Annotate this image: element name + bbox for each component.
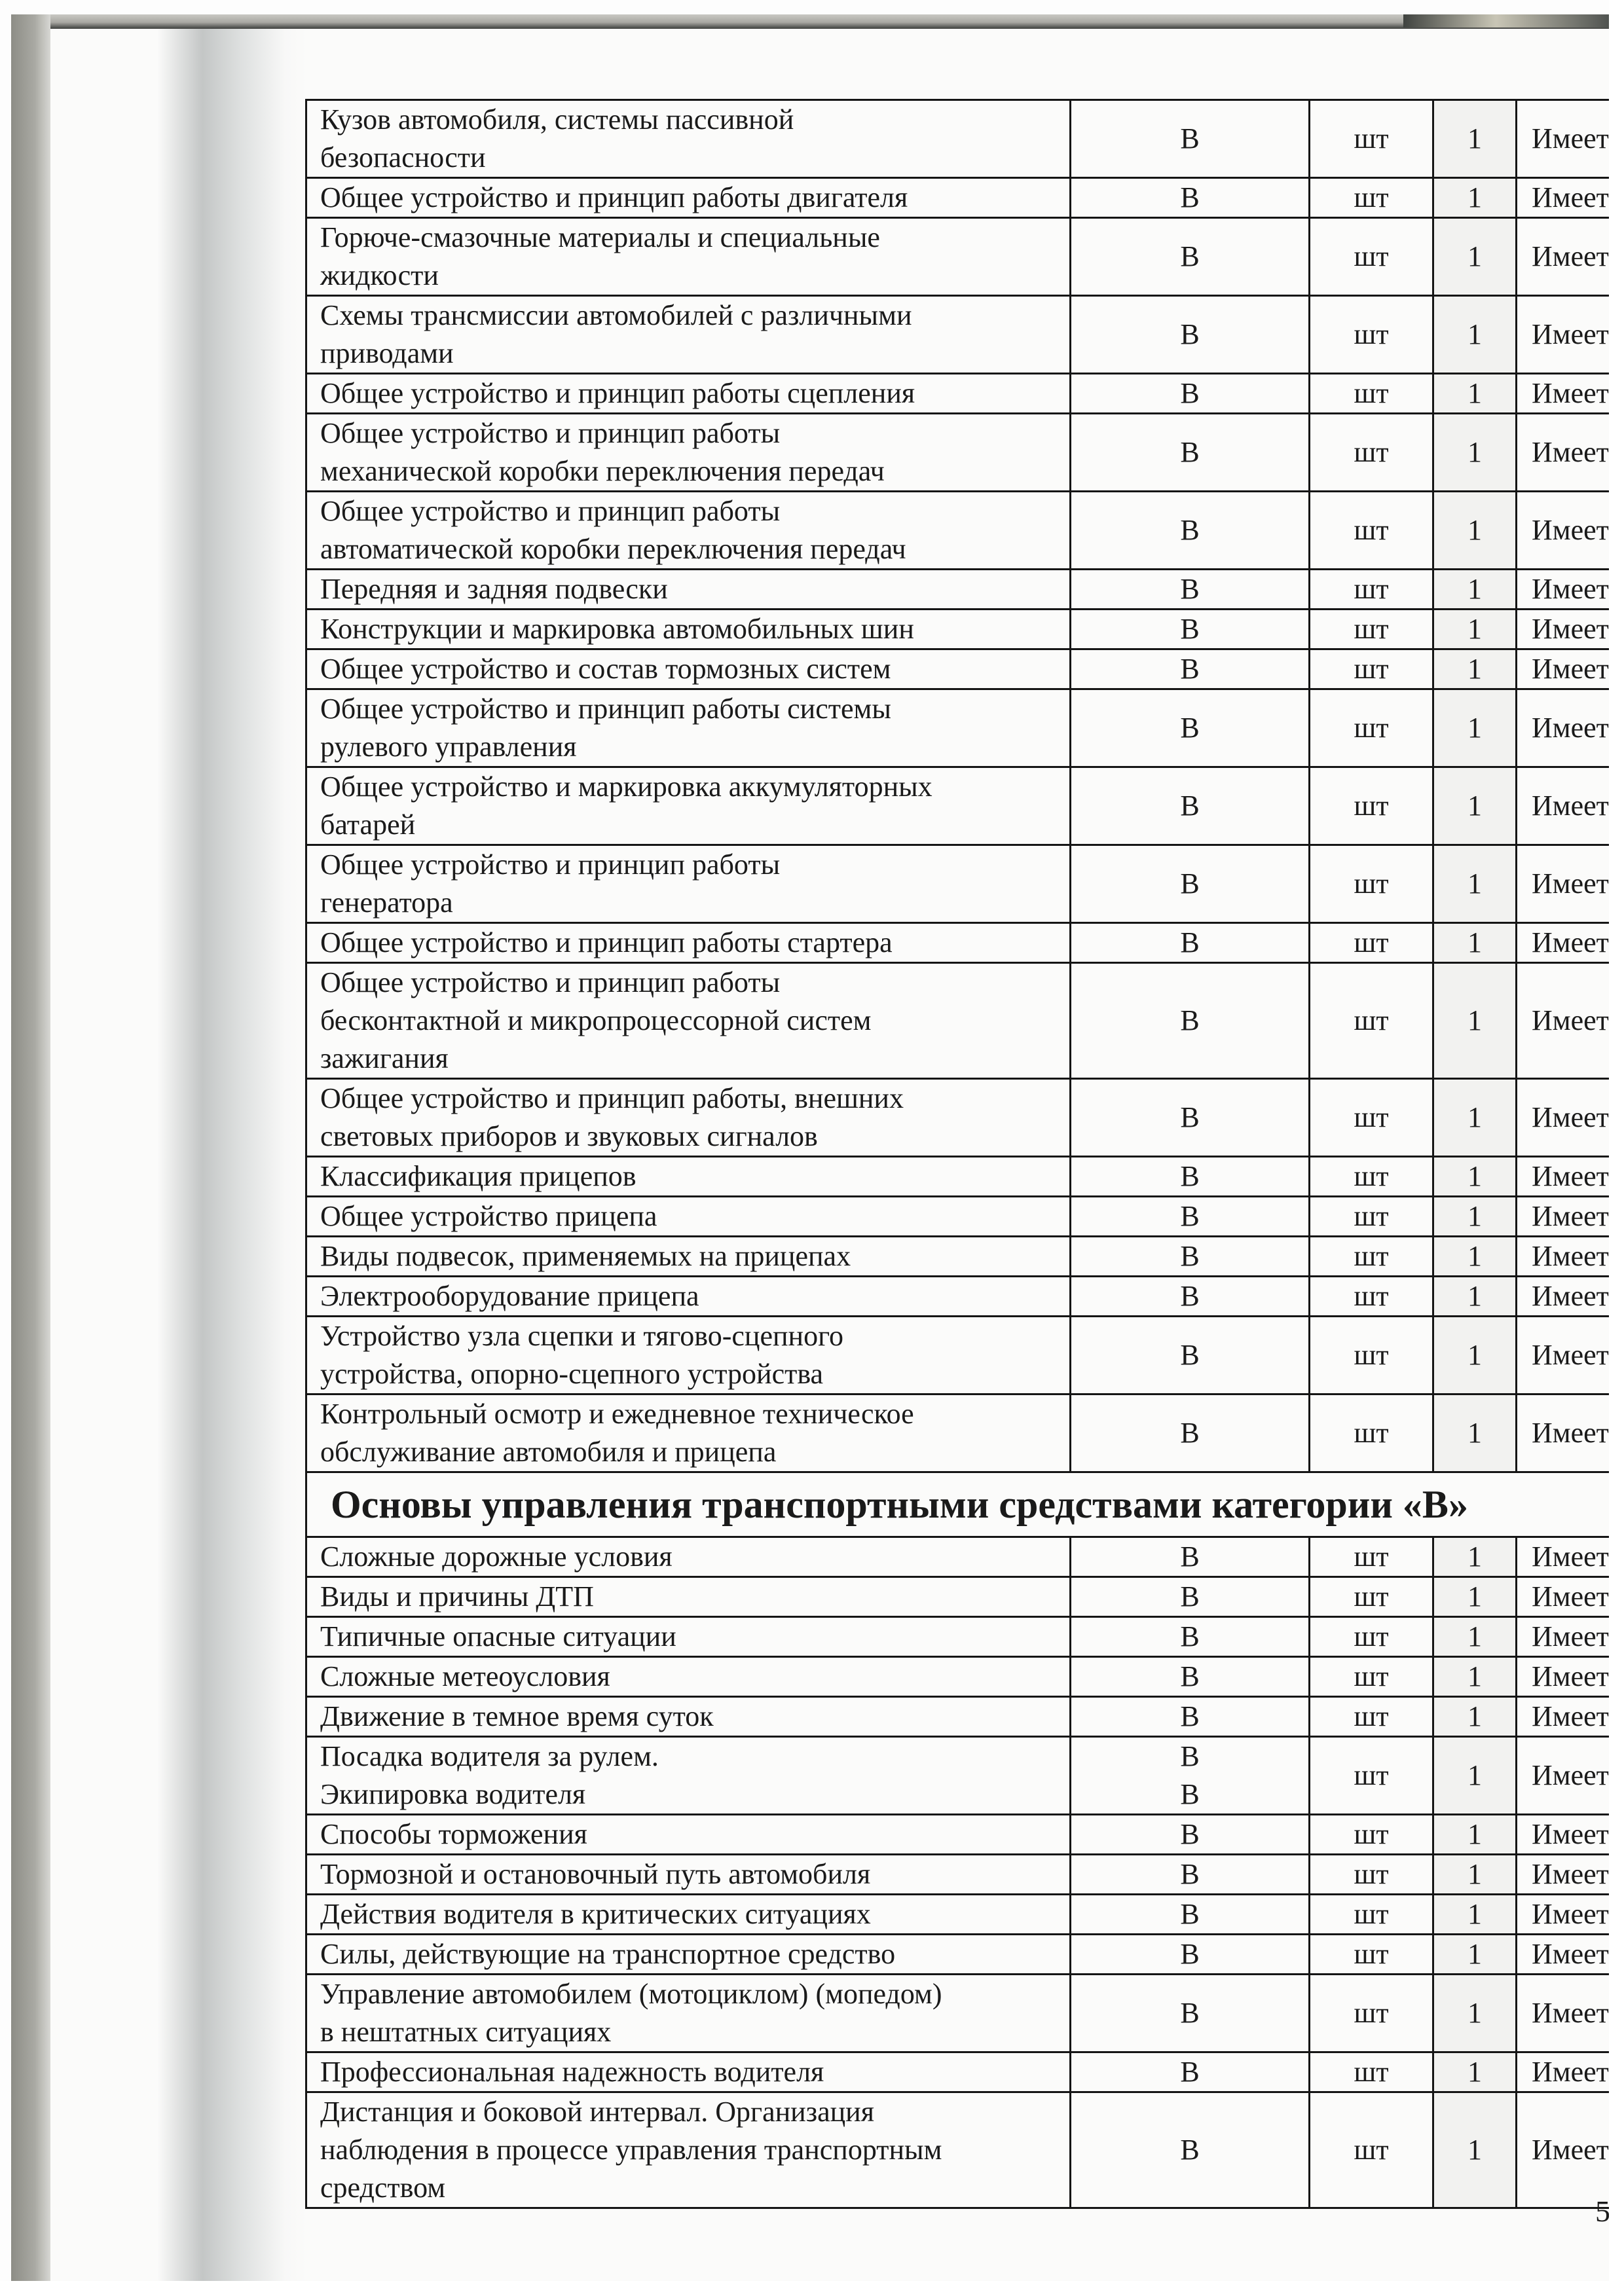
availability-cell: Имеется — [1517, 767, 1624, 845]
unit-cell: шт — [1310, 1577, 1433, 1617]
topic-name-line: Дистанция и боковой интервал. Организаци… — [320, 2093, 1069, 2131]
category-cell: В — [1071, 963, 1310, 1079]
table-row: Контрольный осмотр и ежедневное техничес… — [306, 1394, 1624, 1472]
availability-cell: Имеется — [1517, 414, 1624, 492]
quantity-cell: 1 — [1433, 1197, 1517, 1237]
category-cell: В — [1071, 689, 1310, 767]
category-value: В — [1071, 1002, 1308, 1040]
availability-cell: Имеется — [1517, 1537, 1624, 1577]
quantity-cell: 1 — [1433, 1157, 1517, 1197]
quantity-cell: 1 — [1433, 1935, 1517, 1975]
category-value: В — [1071, 1336, 1308, 1374]
unit-cell: шт — [1310, 2052, 1433, 2092]
quantity-cell: 1 — [1433, 100, 1517, 178]
topic-name-cell: Передняя и задняя подвески — [306, 570, 1071, 610]
availability-cell: Имеется — [1517, 2052, 1624, 2092]
table-row: Общее устройство и состав тормозных сист… — [306, 649, 1624, 689]
table-row: Общее устройство и принцип работы старте… — [306, 923, 1624, 963]
category-cell: В — [1071, 610, 1310, 649]
availability-cell: Имеется — [1517, 296, 1624, 374]
scan-top-edge — [11, 14, 1609, 29]
unit-cell: шт — [1310, 1697, 1433, 1737]
topic-name-line: Электрооборудование прицепа — [320, 1277, 1069, 1315]
table-row: Управление автомобилем (мотоциклом) (моп… — [306, 1975, 1624, 2052]
availability-cell: Имеется — [1517, 1657, 1624, 1697]
category-value: В — [1071, 1776, 1308, 1813]
topic-name-line: Устройство узла сцепки и тягово-сцепного — [320, 1317, 1069, 1355]
topic-name-cell: Движение в темное время суток — [306, 1697, 1071, 1737]
section-heading: Основы управления транспортными средства… — [306, 1472, 1624, 1537]
topic-name-line: Конструкции и маркировка автомобильных ш… — [320, 610, 1069, 648]
topic-name-line: световых приборов и звуковых сигналов — [320, 1118, 1069, 1156]
unit-cell: шт — [1310, 1737, 1433, 1815]
category-value: В — [1071, 238, 1308, 276]
unit-cell: шт — [1310, 1237, 1433, 1277]
quantity-cell: 1 — [1433, 218, 1517, 296]
availability-cell: Имеется — [1517, 218, 1624, 296]
topic-name-line: Сложные метеоусловия — [320, 1658, 1069, 1696]
category-cell: В — [1071, 845, 1310, 923]
category-value: В — [1071, 2131, 1308, 2169]
quantity-cell: 1 — [1433, 570, 1517, 610]
category-cell: В — [1071, 1815, 1310, 1855]
unit-cell: шт — [1310, 1197, 1433, 1237]
quantity-cell: 1 — [1433, 296, 1517, 374]
table-row: Типичные опасные ситуации В шт 1 Имеется — [306, 1617, 1624, 1657]
availability-cell: Имеется — [1517, 1394, 1624, 1472]
category-value: В — [1071, 1237, 1308, 1275]
topic-name-cell: Общее устройство и принцип работыавтомат… — [306, 492, 1071, 570]
table-row: Общее устройство и принцип работы сцепле… — [306, 374, 1624, 414]
topic-name-line: наблюдения в процессе управления транспо… — [320, 2131, 1069, 2169]
unit-cell: шт — [1310, 767, 1433, 845]
quantity-cell: 1 — [1433, 1697, 1517, 1737]
category-value: В — [1071, 1197, 1308, 1235]
category-cell: В — [1071, 1237, 1310, 1277]
quantity-cell: 1 — [1433, 1237, 1517, 1277]
topic-name-line: Контрольный осмотр и ежедневное техничес… — [320, 1395, 1069, 1433]
category-cell: В — [1071, 1277, 1310, 1317]
availability-cell: Имеется — [1517, 1815, 1624, 1855]
category-value: В — [1071, 1815, 1308, 1853]
topic-name-cell: Общее устройство и принцип работы двигат… — [306, 178, 1071, 218]
unit-cell: шт — [1310, 1537, 1433, 1577]
availability-cell: Имеется — [1517, 178, 1624, 218]
category-value: В — [1071, 610, 1308, 648]
unit-cell: шт — [1310, 1657, 1433, 1697]
quantity-cell: 1 — [1433, 1394, 1517, 1472]
topic-name-cell: Общее устройство прицепа — [306, 1197, 1071, 1237]
quantity-cell: 1 — [1433, 1895, 1517, 1935]
unit-cell: шт — [1310, 1935, 1433, 1975]
topic-name-line: Общее устройство и принцип работы — [320, 964, 1069, 1002]
category-value: В — [1071, 1157, 1308, 1195]
availability-cell: Имеется — [1517, 374, 1624, 414]
topic-name-cell: Общее устройство и принцип работыгенерат… — [306, 845, 1071, 923]
topic-name-cell: Общее устройство и принцип работы, внешн… — [306, 1079, 1071, 1157]
table-row: Классификация прицепов В шт 1 Имеется — [306, 1157, 1624, 1197]
unit-cell: шт — [1310, 218, 1433, 296]
table-row: Общее устройство и маркировка аккумулято… — [306, 767, 1624, 845]
table-row: Общее устройство прицепа В шт 1 Имеется — [306, 1197, 1624, 1237]
quantity-cell: 1 — [1433, 1317, 1517, 1394]
topic-name-cell: Классификация прицепов — [306, 1157, 1071, 1197]
topic-name-line: Виды и причины ДТП — [320, 1578, 1069, 1616]
availability-cell: Имеется — [1517, 2092, 1624, 2208]
unit-cell: шт — [1310, 1617, 1433, 1657]
category-value: В — [1071, 374, 1308, 412]
topic-name-line: безопасности — [320, 139, 1069, 177]
category-cell: В — [1071, 1317, 1310, 1394]
table-row: Профессиональная надежность водителя В ш… — [306, 2052, 1624, 2092]
category-value: В — [1071, 433, 1308, 471]
table-row: Сложные метеоусловия В шт 1 Имеется — [306, 1657, 1624, 1697]
category-value: В — [1071, 650, 1308, 688]
topic-name-line: Общее устройство и принцип работы, внешн… — [320, 1080, 1069, 1118]
availability-cell: Имеется — [1517, 492, 1624, 570]
unit-cell: шт — [1310, 1277, 1433, 1317]
category-value: В — [1071, 1658, 1308, 1696]
category-cell: В — [1071, 218, 1310, 296]
category-cell: В — [1071, 1577, 1310, 1617]
scan-right-margin — [1609, 0, 1624, 2296]
unit-cell: шт — [1310, 492, 1433, 570]
topic-name-line: Классификация прицепов — [320, 1157, 1069, 1195]
availability-cell: Имеется — [1517, 1975, 1624, 2052]
topic-name-cell: Способы торможения — [306, 1815, 1071, 1855]
topic-name-line: в нештатных ситуациях — [320, 2013, 1069, 2051]
category-cell: В — [1071, 1617, 1310, 1657]
topic-name-cell: Виды подвесок, применяемых на прицепах — [306, 1237, 1071, 1277]
quantity-cell: 1 — [1433, 1577, 1517, 1617]
unit-cell: шт — [1310, 1157, 1433, 1197]
topic-name-line: Общее устройство и принцип работы двигат… — [320, 179, 1069, 217]
category-value: В — [1071, 1099, 1308, 1137]
table-row: Способы торможения В шт 1 Имеется — [306, 1815, 1624, 1855]
unit-cell: шт — [1310, 845, 1433, 923]
unit-cell: шт — [1310, 414, 1433, 492]
category-value: В — [1071, 179, 1308, 217]
category-cell: В — [1071, 100, 1310, 178]
category-value: В — [1071, 1895, 1308, 1933]
quantity-cell: 1 — [1433, 178, 1517, 218]
availability-cell: Имеется — [1517, 1935, 1624, 1975]
topic-name-cell: Устройство узла сцепки и тягово-сцепного… — [306, 1317, 1071, 1394]
availability-cell: Имеется — [1517, 1237, 1624, 1277]
quantity-cell: 1 — [1433, 767, 1517, 845]
availability-cell: Имеется — [1517, 610, 1624, 649]
quantity-cell: 1 — [1433, 1617, 1517, 1657]
category-cell: В — [1071, 767, 1310, 845]
table-row: Виды и причины ДТП В шт 1 Имеется — [306, 1577, 1624, 1617]
quantity-cell: 1 — [1433, 1815, 1517, 1855]
table-row: Схемы трансмиссии автомобилей с различны… — [306, 296, 1624, 374]
table-row: Действия водителя в критических ситуация… — [306, 1895, 1624, 1935]
topic-name-line: Схемы трансмиссии автомобилей с различны… — [320, 297, 1069, 335]
quantity-cell: 1 — [1433, 1537, 1517, 1577]
unit-cell: шт — [1310, 570, 1433, 610]
topic-name-line: обслуживание автомобиля и прицепа — [320, 1433, 1069, 1471]
table-row: Конструкции и маркировка автомобильных ш… — [306, 610, 1624, 649]
category-cell: В — [1071, 2052, 1310, 2092]
category-value: В — [1071, 924, 1308, 962]
topic-name-line: Общее устройство и принцип работы — [320, 492, 1069, 530]
book-gutter-shadow — [157, 29, 308, 2281]
topic-name-line: Общее устройство и принцип работы старте… — [320, 924, 1069, 962]
quantity-cell: 1 — [1433, 1737, 1517, 1815]
availability-cell: Имеется — [1517, 100, 1624, 178]
category-cell: В — [1071, 1079, 1310, 1157]
availability-cell: Имеется — [1517, 1157, 1624, 1197]
topic-name-cell: Общее устройство и маркировка аккумулято… — [306, 767, 1071, 845]
category-cell: В — [1071, 1935, 1310, 1975]
table-row: Общее устройство и принцип работымеханич… — [306, 414, 1624, 492]
topic-name-line: Виды подвесок, применяемых на прицепах — [320, 1237, 1069, 1275]
topic-name-line: Передняя и задняя подвески — [320, 570, 1069, 608]
topic-name-cell: Силы, действующие на транспортное средст… — [306, 1935, 1071, 1975]
topic-name-cell: Сложные дорожные условия — [306, 1537, 1071, 1577]
unit-cell: шт — [1310, 1895, 1433, 1935]
topic-name-line: механической коробки переключения переда… — [320, 452, 1069, 490]
table-row: Посадка водителя за рулем.Экипировка вод… — [306, 1737, 1624, 1815]
category-value: В — [1071, 1994, 1308, 2032]
topic-name-cell: Конструкции и маркировка автомобильных ш… — [306, 610, 1071, 649]
unit-cell: шт — [1310, 649, 1433, 689]
availability-cell: Имеется — [1517, 923, 1624, 963]
category-cell: В — [1071, 1697, 1310, 1737]
category-cell: В — [1071, 1157, 1310, 1197]
category-cell: ВВ — [1071, 1737, 1310, 1815]
topic-name-line: Общее устройство и принцип работы — [320, 414, 1069, 452]
category-cell: В — [1071, 1537, 1310, 1577]
category-cell: В — [1071, 570, 1310, 610]
availability-cell: Имеется — [1517, 689, 1624, 767]
quantity-cell: 1 — [1433, 2052, 1517, 2092]
topic-name-cell: Горюче-смазочные материалы и специальные… — [306, 218, 1071, 296]
category-cell: В — [1071, 649, 1310, 689]
topic-name-cell: Кузов автомобиля, системы пассивнойбезоп… — [306, 100, 1071, 178]
topic-name-cell: Посадка водителя за рулем.Экипировка вод… — [306, 1737, 1071, 1815]
availability-cell: Имеется — [1517, 1317, 1624, 1394]
table-row: Устройство узла сцепки и тягово-сцепного… — [306, 1317, 1624, 1394]
unit-cell: шт — [1310, 1975, 1433, 2052]
category-value: В — [1071, 1277, 1308, 1315]
availability-cell: Имеется — [1517, 1079, 1624, 1157]
section-heading-row: Основы управления транспортными средства… — [306, 1472, 1624, 1537]
scan-bottom-margin — [0, 2281, 1624, 2296]
topic-name-line: приводами — [320, 335, 1069, 373]
category-value: В — [1071, 709, 1308, 747]
category-value: В — [1071, 570, 1308, 608]
table-row: Общее устройство и принцип работыбесконт… — [306, 963, 1624, 1079]
category-value: В — [1071, 511, 1308, 549]
topic-name-cell: Общее устройство и состав тормозных сист… — [306, 649, 1071, 689]
category-cell: В — [1071, 178, 1310, 218]
topic-name-line: Экипировка водителя — [320, 1776, 1069, 1813]
category-cell: В — [1071, 1975, 1310, 2052]
topic-name-cell: Виды и причины ДТП — [306, 1577, 1071, 1617]
table-row: Сложные дорожные условия В шт 1 Имеется — [306, 1537, 1624, 1577]
unit-cell: шт — [1310, 1855, 1433, 1895]
scan-top-edge-dark — [1403, 14, 1609, 27]
topic-name-line: Действия водителя в критических ситуация… — [320, 1895, 1069, 1933]
topic-name-cell: Общее устройство и принцип работыбесконт… — [306, 963, 1071, 1079]
topic-name-line: Движение в темное время суток — [320, 1698, 1069, 1736]
equipment-table: Кузов автомобиля, системы пассивнойбезоп… — [305, 99, 1624, 2209]
unit-cell: шт — [1310, 178, 1433, 218]
availability-cell: Имеется — [1517, 1277, 1624, 1317]
availability-cell: Имеется — [1517, 1577, 1624, 1617]
topic-name-line: Сложные дорожные условия — [320, 1538, 1069, 1576]
table-row: Общее устройство и принцип работы, внешн… — [306, 1079, 1624, 1157]
topic-name-line: Профессиональная надежность водителя — [320, 2053, 1069, 2091]
unit-cell: шт — [1310, 296, 1433, 374]
category-cell: В — [1071, 923, 1310, 963]
category-cell: В — [1071, 374, 1310, 414]
topic-name-cell: Управление автомобилем (мотоциклом) (моп… — [306, 1975, 1071, 2052]
quantity-cell: 1 — [1433, 649, 1517, 689]
category-cell: В — [1071, 1895, 1310, 1935]
availability-cell: Имеется — [1517, 649, 1624, 689]
quantity-cell: 1 — [1433, 1855, 1517, 1895]
category-cell: В — [1071, 1197, 1310, 1237]
table-row: Дистанция и боковой интервал. Организаци… — [306, 2092, 1624, 2208]
availability-cell: Имеется — [1517, 845, 1624, 923]
availability-cell: Имеется — [1517, 1697, 1624, 1737]
category-cell: В — [1071, 296, 1310, 374]
table-row: Кузов автомобиля, системы пассивнойбезоп… — [306, 100, 1624, 178]
table-row: Тормозной и остановочный путь автомобиля… — [306, 1855, 1624, 1895]
topic-name-cell: Действия водителя в критических ситуация… — [306, 1895, 1071, 1935]
table-row: Горюче-смазочные материалы и специальные… — [306, 218, 1624, 296]
table-row: Силы, действующие на транспортное средст… — [306, 1935, 1624, 1975]
availability-cell: Имеется — [1517, 1895, 1624, 1935]
topic-name-line: Общее устройство и принцип работы — [320, 846, 1069, 884]
table-row: Виды подвесок, применяемых на прицепах В… — [306, 1237, 1624, 1277]
quantity-cell: 1 — [1433, 1079, 1517, 1157]
table-row: Движение в темное время суток В шт 1 Име… — [306, 1697, 1624, 1737]
topic-name-line: Горюче-смазочные материалы и специальные — [320, 219, 1069, 257]
availability-cell: Имеется — [1517, 1737, 1624, 1815]
quantity-cell: 1 — [1433, 610, 1517, 649]
availability-cell: Имеется — [1517, 570, 1624, 610]
topic-name-line: Посадка водителя за рулем. — [320, 1738, 1069, 1776]
topic-name-cell: Общее устройство и принцип работы систем… — [306, 689, 1071, 767]
unit-cell: шт — [1310, 100, 1433, 178]
unit-cell: шт — [1310, 2092, 1433, 2208]
category-value: В — [1071, 1578, 1308, 1616]
category-cell: В — [1071, 2092, 1310, 2208]
topic-name-cell: Сложные метеоусловия — [306, 1657, 1071, 1697]
category-value: В — [1071, 1618, 1308, 1656]
topic-name-cell: Типичные опасные ситуации — [306, 1617, 1071, 1657]
scan-left-edge — [11, 14, 50, 2281]
table-row: Общее устройство и принцип работы систем… — [306, 689, 1624, 767]
topic-name-line: генератора — [320, 884, 1069, 922]
topic-name-line: Общее устройство и маркировка аккумулято… — [320, 768, 1069, 806]
topic-name-line: батарей — [320, 806, 1069, 844]
quantity-cell: 1 — [1433, 923, 1517, 963]
availability-cell: Имеется — [1517, 1617, 1624, 1657]
category-cell: В — [1071, 1657, 1310, 1697]
unit-cell: шт — [1310, 1317, 1433, 1394]
topic-name-line: Общее устройство и принцип работы сцепле… — [320, 374, 1069, 412]
topic-name-line: Общее устройство и принцип работы систем… — [320, 690, 1069, 728]
topic-name-line: Кузов автомобиля, системы пассивной — [320, 101, 1069, 139]
topic-name-cell: Контрольный осмотр и ежедневное техничес… — [306, 1394, 1071, 1472]
topic-name-cell: Тормозной и остановочный путь автомобиля — [306, 1855, 1071, 1895]
unit-cell: шт — [1310, 1079, 1433, 1157]
topic-name-line: зажигания — [320, 1040, 1069, 1078]
category-value: В — [1071, 865, 1308, 903]
topic-name-line: Силы, действующие на транспортное средст… — [320, 1935, 1069, 1973]
unit-cell: шт — [1310, 923, 1433, 963]
quantity-cell: 1 — [1433, 2092, 1517, 2208]
unit-cell: шт — [1310, 689, 1433, 767]
topic-name-line: Управление автомобилем (мотоциклом) (моп… — [320, 1975, 1069, 2013]
quantity-cell: 1 — [1433, 414, 1517, 492]
availability-cell: Имеется — [1517, 1197, 1624, 1237]
category-value: В — [1071, 1738, 1308, 1776]
category-cell: В — [1071, 1855, 1310, 1895]
table-row: Общее устройство и принцип работыгенерат… — [306, 845, 1624, 923]
topic-name-line: Тормозной и остановочный путь автомобиля — [320, 1855, 1069, 1893]
unit-cell: шт — [1310, 610, 1433, 649]
category-value: В — [1071, 1935, 1308, 1973]
topic-name-line: Общее устройство прицепа — [320, 1197, 1069, 1235]
topic-name-cell: Общее устройство и принцип работы сцепле… — [306, 374, 1071, 414]
unit-cell: шт — [1310, 1815, 1433, 1855]
quantity-cell: 1 — [1433, 492, 1517, 570]
category-value: В — [1071, 120, 1308, 158]
availability-cell: Имеется — [1517, 1855, 1624, 1895]
category-cell: В — [1071, 414, 1310, 492]
page-number: 5 — [1595, 2195, 1610, 2229]
quantity-cell: 1 — [1433, 689, 1517, 767]
category-value: В — [1071, 787, 1308, 825]
topic-name-line: автоматической коробки переключения пере… — [320, 530, 1069, 568]
topic-name-line: бесконтактной и микропроцессорной систем — [320, 1002, 1069, 1040]
category-cell: В — [1071, 492, 1310, 570]
equipment-table-body: Кузов автомобиля, системы пассивнойбезоп… — [306, 100, 1624, 2208]
quantity-cell: 1 — [1433, 1657, 1517, 1697]
table-row: Общее устройство и принцип работы двигат… — [306, 178, 1624, 218]
topic-name-line: Способы торможения — [320, 1815, 1069, 1853]
table-row: Общее устройство и принцип работыавтомат… — [306, 492, 1624, 570]
unit-cell: шт — [1310, 374, 1433, 414]
topic-name-line: Общее устройство и состав тормозных сист… — [320, 650, 1069, 688]
category-value: В — [1071, 1414, 1308, 1452]
table-row: Передняя и задняя подвески В шт 1 Имеетс… — [306, 570, 1624, 610]
topic-name-line: Типичные опасные ситуации — [320, 1618, 1069, 1656]
category-cell: В — [1071, 1394, 1310, 1472]
availability-cell: Имеется — [1517, 963, 1624, 1079]
category-value: В — [1071, 2053, 1308, 2091]
quantity-cell: 1 — [1433, 845, 1517, 923]
topic-name-cell: Общее устройство и принцип работымеханич… — [306, 414, 1071, 492]
topic-name-cell: Профессиональная надежность водителя — [306, 2052, 1071, 2092]
category-value: В — [1071, 316, 1308, 354]
topic-name-line: жидкости — [320, 257, 1069, 295]
table-row: Электрооборудование прицепа В шт 1 Имеет… — [306, 1277, 1624, 1317]
topic-name-line: рулевого управления — [320, 728, 1069, 766]
category-value: В — [1071, 1855, 1308, 1893]
unit-cell: шт — [1310, 963, 1433, 1079]
topic-name-cell: Схемы трансмиссии автомобилей с различны… — [306, 296, 1071, 374]
quantity-cell: 1 — [1433, 374, 1517, 414]
quantity-cell: 1 — [1433, 1975, 1517, 2052]
topic-name-cell: Дистанция и боковой интервал. Организаци… — [306, 2092, 1071, 2208]
